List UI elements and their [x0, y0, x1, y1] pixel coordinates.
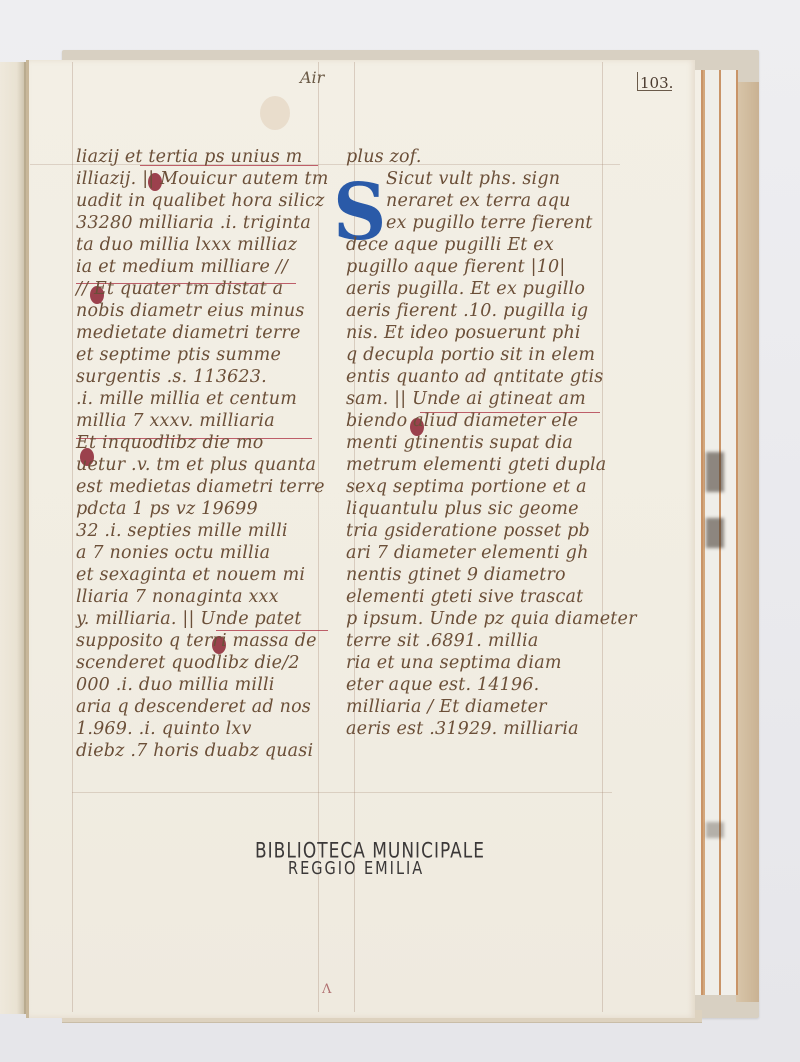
text-line: lliaria 7 nonaginta xxx [76, 586, 326, 608]
signature-mark: Air [300, 68, 324, 87]
cover-fore-edge [736, 82, 759, 1002]
text-line: ari 7 diameter elementi gh [346, 542, 606, 564]
text-line: neraret ex terra aqu [346, 190, 606, 212]
text-line: q decupla portio sit in elem [346, 344, 606, 366]
ruling-line [72, 792, 612, 793]
text-line: p ipsum. Unde pz quia diameter [346, 608, 606, 630]
text-column-right: plus zof. Sicut vult phs. sign neraret e… [346, 146, 606, 740]
text-line: y. milliaria. || Unde patet [76, 608, 326, 630]
text-line: sexq septima portione et a [346, 476, 606, 498]
text-line: pugillo aque fierent |10| [346, 256, 606, 278]
text-line: entis quanto ad qntitate gtis [346, 366, 606, 388]
text-line: .i. mille millia et centum [76, 388, 326, 410]
text-line: ia et medium milliare // [76, 256, 326, 278]
text-line: Et inquodlibz die mo [76, 432, 326, 454]
text-line: eter aque est. 14196. [346, 674, 606, 696]
text-line: uetur .v. tm et plus quanta [76, 454, 326, 476]
pencil-mark: Λ [322, 982, 331, 997]
text-line: nis. Et ideo posuerunt phi [346, 322, 606, 344]
text-line: metrum elementi gteti dupla [346, 454, 606, 476]
ink-bleed-stain [706, 452, 724, 492]
ink-bleed-stain [706, 822, 724, 838]
text-line: elementi gteti sive trascat [346, 586, 606, 608]
text-line: biendo aliud diameter ele [346, 410, 606, 432]
text-line: illiazij. || Mouicur autem tm [76, 168, 326, 190]
text-line: pdcta 1 ps vz 19699 [76, 498, 326, 520]
text-line: milliaria / Et diameter [346, 696, 606, 718]
facing-page-edge [0, 62, 26, 1014]
text-line: Sicut vult phs. sign [346, 168, 606, 190]
text-line: uadit in qualibet hora silicz [76, 190, 326, 212]
text-column-left: liazij et tertia ps unius m illiazij. ||… [76, 146, 326, 762]
text-line: et septime ptis summe [76, 344, 326, 366]
text-line: aeris pugilla. Et ex pugillo [346, 278, 606, 300]
text-line: aeris fierent .10. pugilla ig [346, 300, 606, 322]
text-line: est medietas diametri terre [76, 476, 326, 498]
text-line: et sexaginta et nouem mi [76, 564, 326, 586]
text-line: 32 .i. septies mille milli [76, 520, 326, 542]
text-line: sam. || Unde ai gtineat am [346, 388, 606, 410]
text-line: surgentis .s. 113623. [76, 366, 326, 388]
library-stamp-line-2: REGGIO EMILIA [288, 859, 424, 879]
text-line: ta duo millia lxxx milliaz [76, 234, 326, 256]
text-line: terre sit .6891. millia [346, 630, 606, 652]
text-line: liazij et tertia ps unius m [76, 146, 326, 168]
text-line: aeris est .31929. milliaria [346, 718, 606, 740]
text-line: menti gtinentis supat dia [346, 432, 606, 454]
text-line: 1.969. .i. quinto lxv [76, 718, 326, 740]
folio-number: 103. [640, 74, 673, 92]
text-line: supposito q terri massa de [76, 630, 326, 652]
text-line: millia 7 xxxv. milliaria [76, 410, 326, 432]
text-line: nobis diametr eius minus [76, 300, 326, 322]
foxing-stain [260, 96, 290, 130]
text-line: tria gsideratione posset pb [346, 520, 606, 542]
text-line: liquantulu plus sic geome [346, 498, 606, 520]
ruling-line [72, 62, 73, 1012]
text-line: medietate diametri terre [76, 322, 326, 344]
text-line: dece aque pugilli Et ex [346, 234, 606, 256]
text-line: nentis gtinet 9 diametro [346, 564, 606, 586]
text-line: 33280 milliaria .i. triginta [76, 212, 326, 234]
text-line: ex pugillo terre fierent [346, 212, 606, 234]
text-line: 000 .i. duo millia milli [76, 674, 326, 696]
text-line: a 7 nonies octu millia [76, 542, 326, 564]
ink-bleed-stain [706, 518, 724, 548]
text-line: plus zof. [346, 146, 606, 168]
text-line: diebz .7 horis duabz quasi [76, 740, 326, 762]
text-line: // Et quater tm distat a [76, 278, 326, 300]
text-line: aria q descenderet ad nos [76, 696, 326, 718]
text-line: ria et una septima diam [346, 652, 606, 674]
text-line: scenderet quodlibz die/2 [76, 652, 326, 674]
